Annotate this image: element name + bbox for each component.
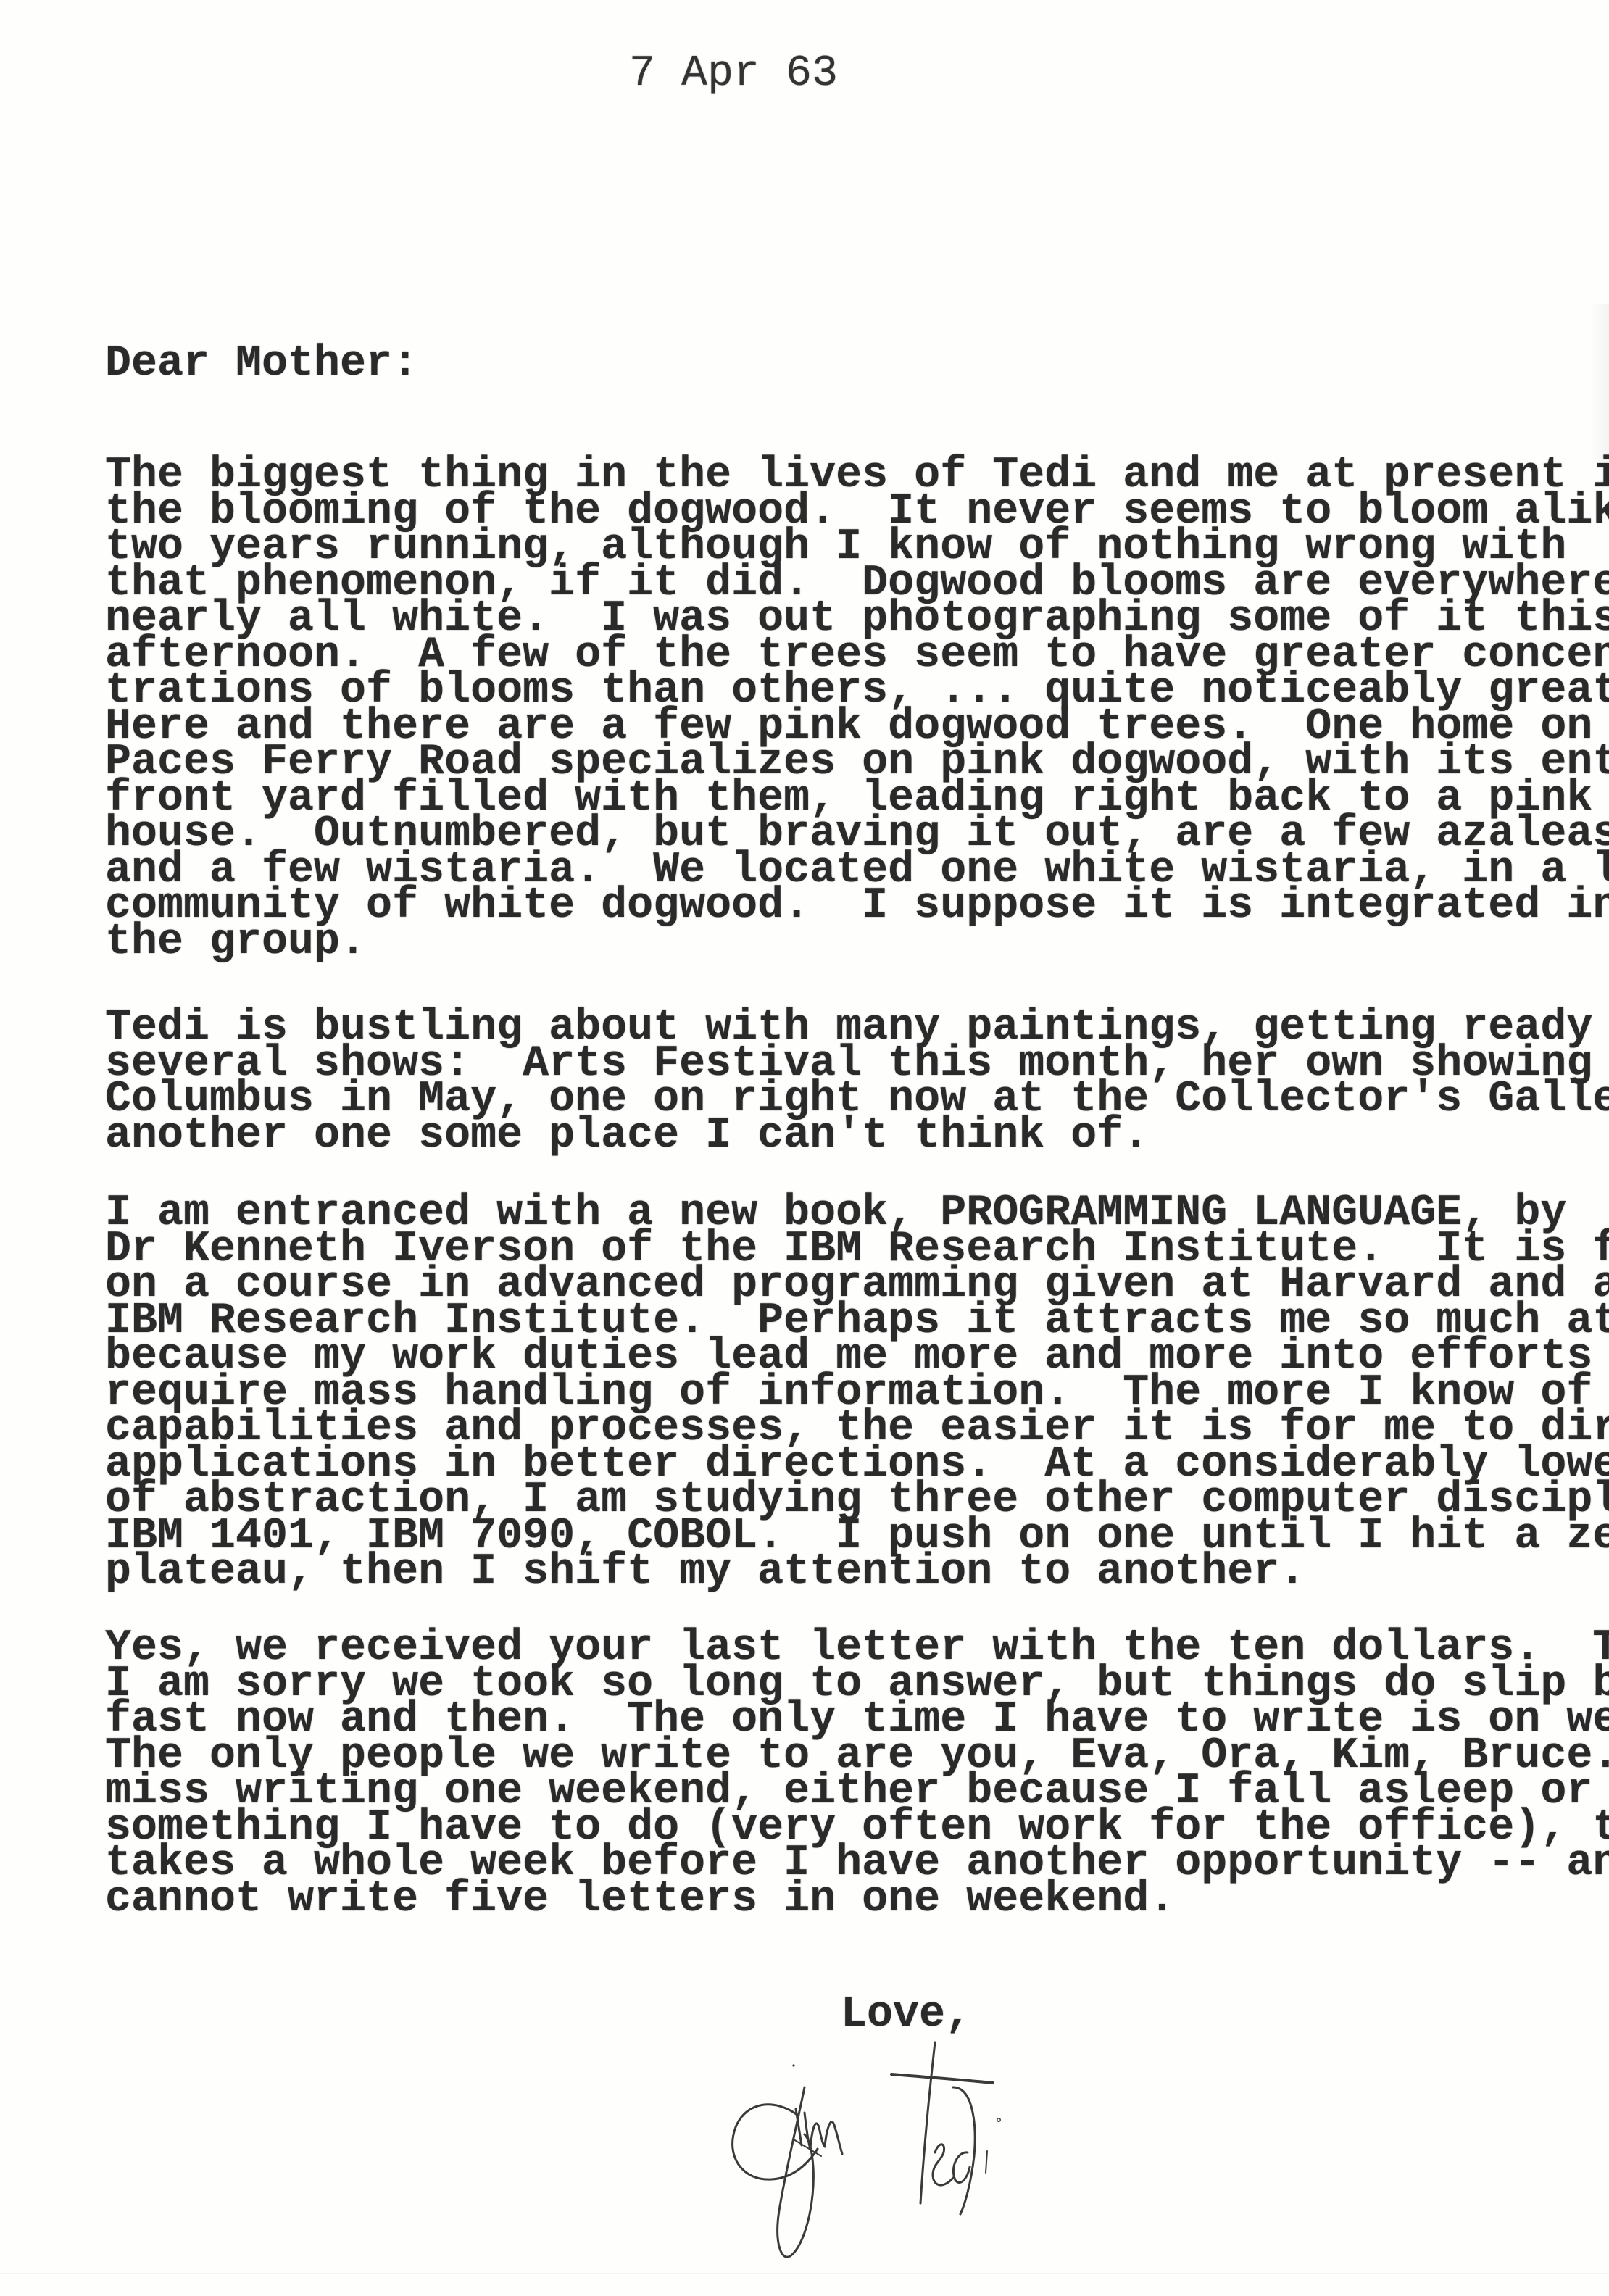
paragraph-tedi-shows: Tedi is bustling about with many paintin… bbox=[105, 1010, 1609, 1154]
signatures bbox=[689, 1957, 1341, 2296]
paper-bottom-edge bbox=[0, 2273, 1609, 2274]
salutation: Dear Mother: bbox=[105, 346, 418, 383]
paragraph-thank-you: Yes, we received your last letter with t… bbox=[105, 1631, 1609, 1918]
paper-edge-shadow bbox=[1590, 304, 1609, 464]
letter-page: 7 Apr 63 Dear Mother: The biggest thing … bbox=[0, 0, 1609, 2296]
signature-jim bbox=[733, 2064, 842, 2257]
paragraph-programming-book: I am entranced with a new book, PROGRAMM… bbox=[105, 1196, 1609, 1591]
letter-date: 7 Apr 63 bbox=[629, 57, 838, 93]
signature-tedi bbox=[891, 2042, 1000, 2214]
paragraph-dogwood: The biggest thing in the lives of Tedi a… bbox=[105, 458, 1609, 960]
